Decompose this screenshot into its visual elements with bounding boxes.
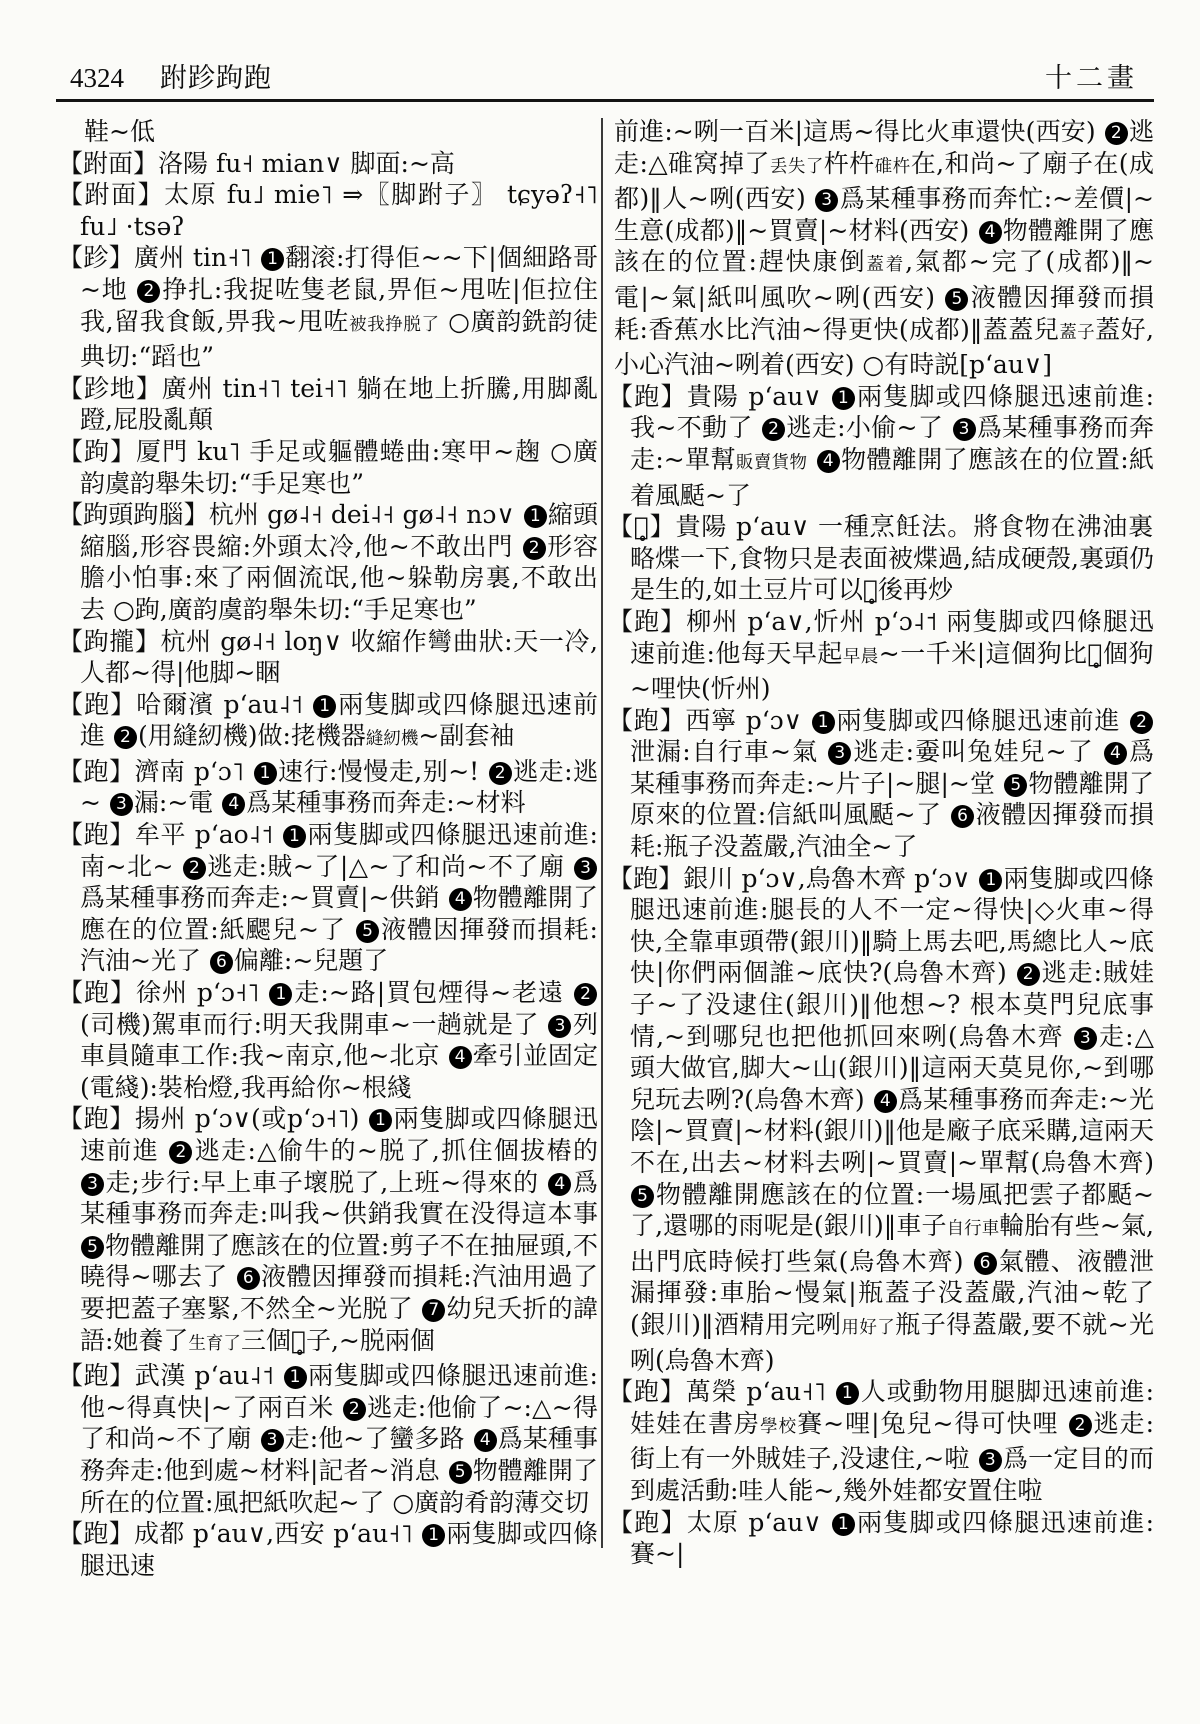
entry-text: 【跑】貴陽 pʻau∨ [608, 382, 831, 411]
continuation-text: 前進:~咧一百米|這馬~得比火車還快(西安) 2逃走:△碓窝掉了丢失了杵杵碓杵在… [608, 116, 1154, 381]
entry-text: 【跈】廣州 tin˧˥ [58, 243, 260, 272]
entry-text: 三個霞̥子,~脱兩個 [241, 1326, 435, 1355]
sense-number: 6 [951, 805, 974, 828]
entry-text: 鞋~低 [84, 117, 155, 146]
entry-text: 【跑】銀川 pʻɔ∨,烏魯木齊 pʻɔ∨ [608, 864, 978, 893]
entry-text: 【跑】萬榮 pʻau˧˥ [608, 1377, 835, 1406]
entry-text: 偏離:~兒題了 [234, 946, 388, 975]
dictionary-entry: 【跑】哈爾濱 pʻau˨˦ 1兩隻脚或四條腿迅速前進 2(用縫紉機)做:㧯機器縫… [58, 689, 598, 756]
stroke-section-label: 十二畫 [1045, 56, 1138, 95]
sense-number: 3 [574, 857, 597, 880]
sense-number: 2 [1069, 1414, 1092, 1437]
entry-text: 【跔】厦門 ku˥ 手足或軀體蜷曲:寒甲~趜 ○廣韵虞韵舉朱切:“手足寒也” [58, 437, 598, 498]
sense-number: 4 [1104, 742, 1127, 765]
inline-gloss: 生育了 [188, 1334, 241, 1354]
sense-number: 2 [574, 983, 597, 1006]
sense-number: 2 [183, 857, 206, 880]
dictionary-entry: 【跑】柳州 pʻa∨,忻州 pʻɔ˨˦ 兩隻脚或四條腿迅速前進:他每天早起早晨~… [608, 606, 1154, 705]
sense-number: 3 [81, 1173, 104, 1196]
sense-number: 2 [114, 726, 137, 749]
entry-text: 【跈地】廣州 tin˧˥ tei˧˥ 躺在地上折騰,用脚亂蹬,屁股亂顛 [58, 374, 598, 435]
page-number: 4324 [70, 63, 124, 94]
sense-number: 1 [261, 248, 284, 271]
entry-text: 【跑̥】貴陽 pʻau∨ 一種烹飪法。將食物在沸油裏略煠一下,食物只是表面被煠過… [608, 512, 1154, 604]
dictionary-entry: 【跑】萬榮 pʻau˧˥ 1人或動物用腿脚迅速前進:娃娃在書房學校賽~哩|兔兒~… [608, 1376, 1154, 1506]
sense-number: 1 [269, 983, 292, 1006]
inline-gloss: 被我挣脱了 [349, 315, 440, 335]
column-right: 前進:~咧一百米|這馬~得比火車還快(西安) 2逃走:△碓窝掉了丢失了杵杵碓杵在… [608, 116, 1154, 1570]
sense-number: 4 [222, 793, 245, 816]
entry-text: 漏:~電 [134, 788, 221, 817]
sense-number: 1 [836, 1382, 859, 1405]
entry-text: 【跑】牟平 pʻao˨˦ [58, 820, 282, 849]
entry-text: 【跑】揚州 pʻɔ∨(或pʻɔ˧˥) [58, 1104, 368, 1133]
sense-number: 6 [237, 1267, 260, 1290]
sense-number: 2 [762, 418, 785, 441]
sense-number: 4 [548, 1173, 571, 1196]
entry-text: 【跔攏】杭州 gø˨˧ loŋ∨ 收縮作彎曲狀:天一冷,人都~得|他脚~睏 [58, 627, 598, 688]
entry-text: 【跑】哈爾濱 pʻau˨˦ [58, 690, 312, 719]
sense-number: 1 [422, 1524, 445, 1547]
entry-text: 爲某種事務而奔走:~買賣|~供銷 [80, 883, 448, 912]
entry-text: 【跑】濟南 pʻɔ˥ [58, 757, 253, 786]
inline-gloss: 販賣貨物 [736, 453, 808, 473]
entry-text: 泄漏:自行車~氣 [630, 737, 827, 766]
sense-number: 3 [979, 1449, 1002, 1472]
inline-gloss: 蓋着 [866, 255, 905, 275]
entry-text: 杵杵 [824, 149, 875, 178]
entry-text: 逃走:小偷~了 [786, 413, 952, 442]
dictionary-entry: 【跑】徐州 pʻɔ˧˥ 1走:~路|買包煙得~老遠 2(司機)駕車而行:明天我開… [58, 977, 598, 1103]
sense-number: 2 [523, 537, 546, 560]
entry-text: 逃走:△偷牛的~脱了,抓住個拔樁的 [193, 1136, 598, 1165]
sense-number: 2 [343, 1398, 366, 1421]
entry-text: 爲某種事務而奔走:~材料 [246, 788, 525, 817]
entry-text: (用縫紉機)做:㧯機器 [138, 721, 366, 750]
dictionary-entry: 【跑】濟南 pʻɔ˥ 1速行:慢慢走,别~! 2逃走:逃~ 3漏:~電 4爲某種… [58, 756, 598, 819]
dictionary-entry: 【跑】揚州 pʻɔ∨(或pʻɔ˧˥) 1兩隻脚或四條腿迅速前進 2逃走:△偷牛的… [58, 1103, 598, 1360]
sense-number: 5 [631, 1185, 654, 1208]
sense-number: 1 [832, 1513, 855, 1536]
entry-text: 前進:~咧一百米|這馬~得比火車還快(西安) [614, 117, 1104, 146]
entry-text: 【跑】武漢 pʻau˨˦ [58, 1361, 283, 1390]
entry-text: 【跑】太原 pʻau∨ [608, 1508, 831, 1537]
sense-number: 5 [1004, 774, 1027, 797]
sense-number: 7 [422, 1299, 445, 1322]
dictionary-entry: 【跑】武漢 pʻau˨˦ 1兩隻脚或四條腿迅速前進:他~得真快|~了兩百米 2逃… [58, 1360, 598, 1518]
sense-number: 2 [1130, 711, 1153, 734]
inline-gloss: 學校 [760, 1417, 797, 1437]
entry-text: 【跑】徐州 pʻɔ˧˥ [58, 978, 268, 1007]
sense-number: 1 [313, 695, 336, 718]
entry-text: 【跗面】太原 fu˩ mie˥ ⇒〖脚跗子〗 tɕyəʔ˧˥ fu˩ ·tsəʔ [58, 180, 598, 241]
dictionary-entry: 【跑】太原 pʻau∨ 1兩隻脚或四條腿迅速前進:賽~| [608, 1507, 1154, 1570]
sense-number: 3 [261, 1429, 284, 1452]
entry-text: (司機)駕車而行:明天我開車~一趟就是了 [80, 1010, 547, 1039]
sense-number: 5 [356, 920, 379, 943]
entry-text: 【跗面】洛陽 fu˧ mian∨ 脚面:~高 [58, 149, 455, 178]
page-header: 4324 跗跈跔跑 十二畫 [70, 56, 1138, 95]
guide-words: 跗跈跔跑 [160, 56, 272, 95]
sense-number: 1 [524, 505, 547, 528]
sense-number: 2 [1017, 963, 1040, 986]
sense-number: 3 [1074, 1027, 1097, 1050]
header-rule [56, 99, 1154, 102]
dictionary-entry: 【跈】廣州 tin˧˥ 1翻滚:打得佢~~下|個細路哥~地 2挣扎:我捉咗隻老鼠… [58, 242, 598, 372]
dictionary-page: { "header": { "page_number": "4324", "gu… [0, 0, 1200, 1724]
inline-gloss: 早晨 [843, 647, 879, 667]
entry-text: 速行:慢慢走,别~! [278, 757, 488, 786]
sense-number: 3 [953, 418, 976, 441]
sense-number: 3 [815, 189, 838, 212]
sense-number: 6 [974, 1252, 997, 1275]
entry-text: 走:他~了蠻多路 [285, 1424, 473, 1453]
dictionary-entry: 【跑】牟平 pʻao˨˦ 1兩隻脚或四條腿迅速前進:南~北~ 2逃走:賊~了|△… [58, 819, 598, 977]
inline-gloss: 蓋子 [1059, 323, 1095, 343]
entry-text: 【跑】西寧 pʻɔ∨ [608, 706, 811, 735]
sense-number: 2 [1105, 122, 1128, 145]
entry-text: 逃走:賊~了|△~了和尚~不了廟 [207, 852, 573, 881]
entry-text: 走:~路|買包煙得~老遠 [293, 978, 573, 1007]
sense-number: 1 [812, 711, 835, 734]
sense-number: 4 [474, 1429, 497, 1452]
sense-number: 2 [137, 280, 160, 303]
sense-number: 1 [283, 825, 306, 848]
entry-text [807, 445, 815, 474]
sense-number: 1 [369, 1109, 392, 1132]
dictionary-entry: 【跈地】廣州 tin˧˥ tei˧˥ 躺在地上折騰,用脚亂蹬,屁股亂顛 [58, 373, 598, 436]
sense-number: 2 [489, 762, 512, 785]
sense-number: 1 [832, 387, 855, 410]
entry-text: 走;步行:早上車子壞脱了,上班~得來的 [105, 1168, 547, 1197]
sense-number: 4 [979, 221, 1002, 244]
entry-text: 【跑】成都 pʻau∨,西安 pʻau˧˥ [58, 1519, 421, 1548]
sense-number: 2 [169, 1141, 192, 1164]
sense-number: 1 [284, 1366, 307, 1389]
sense-number: 5 [449, 1461, 472, 1484]
dictionary-entry: 【跔攏】杭州 gø˨˧ loŋ∨ 收縮作彎曲狀:天一冷,人都~得|他脚~睏 [58, 626, 598, 689]
entry-text: 【跔頭跔腦】杭州 gø˨˧ dei˨˧ gø˨˧ nɔ∨ [58, 500, 523, 529]
entry-text: 逃走:嫑叫兔娃兒~了 [852, 737, 1103, 766]
inline-gloss: 自行車 [947, 1219, 1000, 1239]
entry-text: 賽~哩|兔兒~得可快哩 [797, 1409, 1067, 1438]
dictionary-entry: 【跔頭跔腦】杭州 gø˨˧ dei˨˧ gø˨˧ nɔ∨ 1縮頭縮腦,形容畏縮:… [58, 499, 598, 625]
dictionary-entry: 【跑̥】貴陽 pʻau∨ 一種烹飪法。將食物在沸油裏略煠一下,食物只是表面被煠過… [608, 511, 1154, 606]
sense-number: 3 [548, 1015, 571, 1038]
sense-number: 4 [449, 888, 472, 911]
column-divider [601, 118, 603, 1548]
dictionary-entry: 【跑】西寧 pʻɔ∨ 1兩隻脚或四條腿迅速前進 2泄漏:自行車~氣 3逃走:嫑叫… [608, 705, 1154, 863]
sense-number: 1 [254, 762, 277, 785]
inline-gloss: 丢失了 [770, 157, 824, 177]
sense-number: 4 [817, 450, 840, 473]
continuation-text: 鞋~低 [58, 116, 598, 148]
entry-text: 兩隻脚或四條腿迅速前進 [836, 706, 1129, 735]
inline-gloss: 碓杵 [875, 157, 911, 177]
sense-number: 1 [979, 869, 1002, 892]
sense-number: 6 [210, 951, 233, 974]
inline-gloss: 縫紉機 [366, 729, 419, 749]
sense-number: 3 [110, 793, 133, 816]
dictionary-entry: 【跑】貴陽 pʻau∨ 1兩隻脚或四條腿迅速前進:我~不動了 2逃走:小偷~了 … [608, 381, 1154, 511]
entry-text: ~副套袖 [418, 721, 514, 750]
sense-number: 5 [945, 288, 968, 311]
sense-number: 3 [828, 742, 851, 765]
sense-number: 4 [874, 1090, 897, 1113]
column-left: 鞋~低【跗面】洛陽 fu˧ mian∨ 脚面:~高【跗面】太原 fu˩ mie˥… [58, 116, 598, 1581]
sense-number: 4 [449, 1046, 472, 1069]
dictionary-entry: 【跗面】太原 fu˩ mie˥ ⇒〖脚跗子〗 tɕyəʔ˧˥ fu˩ ·tsəʔ [58, 179, 598, 242]
dictionary-entry: 【跗面】洛陽 fu˧ mian∨ 脚面:~高 [58, 148, 598, 180]
dictionary-entry: 【跑】銀川 pʻɔ∨,烏魯木齊 pʻɔ∨ 1兩隻脚或四條腿迅速前進:腿長的人不一… [608, 863, 1154, 1377]
inline-gloss: 用好了 [841, 1318, 895, 1338]
sense-number: 5 [81, 1236, 104, 1259]
dictionary-entry: 【跑】成都 pʻau∨,西安 pʻau˧˥ 1兩隻脚或四條腿迅速 [58, 1518, 598, 1581]
dictionary-entry: 【跔】厦門 ku˥ 手足或軀體蜷曲:寒甲~趜 ○廣韵虞韵舉朱切:“手足寒也” [58, 436, 598, 499]
